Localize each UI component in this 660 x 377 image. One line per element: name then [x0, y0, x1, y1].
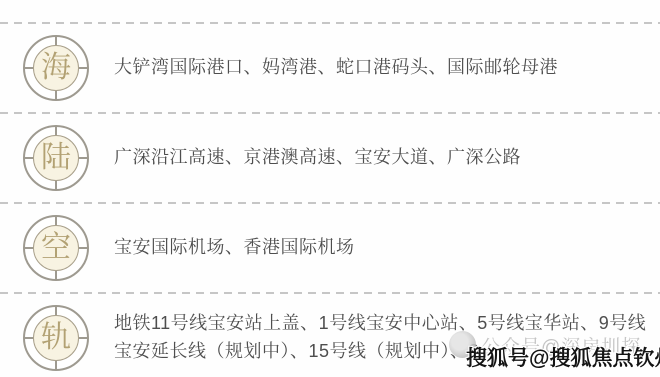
badge-tick [55, 307, 57, 315]
badge-tick [79, 247, 87, 249]
badge-tick [25, 67, 33, 69]
air-badge-label: 空 [41, 233, 71, 263]
badge-tick [25, 337, 33, 339]
land-badge-label: 陆 [41, 143, 71, 173]
badge-tick [55, 361, 57, 369]
badge-inner-circle: 陆 [33, 135, 79, 181]
row-land: 陆 广深沿江高速、京港澳高速、宝安大道、广深公路 [0, 114, 660, 202]
sea-ports-text: 大铲湾国际港口、妈湾港、蛇口港码头、国际邮轮母港 [114, 54, 558, 82]
badge-inner-circle: 轨 [33, 315, 79, 361]
badge-tick [55, 127, 57, 135]
badge-tick [25, 157, 33, 159]
land-roads-text: 广深沿江高速、京港澳高速、宝安大道、广深公路 [114, 144, 521, 172]
rail-icon: 轨 [23, 305, 89, 371]
row-air: 空 宝安国际机场、香港国际机场 [0, 204, 660, 292]
badge-tick [55, 217, 57, 225]
badge-tick [79, 337, 87, 339]
air-airports-text: 宝安国际机场、香港国际机场 [114, 234, 355, 262]
badge-tick [79, 67, 87, 69]
sea-icon: 海 [23, 35, 89, 101]
badge-tick [55, 181, 57, 189]
badge-tick [55, 37, 57, 45]
badge-inner-circle: 空 [33, 225, 79, 271]
rail-badge-label: 轨 [41, 323, 71, 353]
badge-inner-circle: 海 [33, 45, 79, 91]
transport-infographic: 海 大铲湾国际港口、妈湾港、蛇口港码头、国际邮轮母港 陆 广深沿江高速、京港澳高… [0, 0, 660, 377]
row-sea: 海 大铲湾国际港口、妈湾港、蛇口港码头、国际邮轮母港 [0, 24, 660, 112]
land-icon: 陆 [23, 125, 89, 191]
sohu-watermark-text: 搜狐号@搜狐焦点钦州站 [466, 342, 660, 372]
air-icon: 空 [23, 215, 89, 281]
badge-tick [79, 157, 87, 159]
badge-tick [55, 91, 57, 99]
badge-tick [55, 271, 57, 279]
badge-tick [25, 247, 33, 249]
sea-badge-label: 海 [41, 53, 71, 83]
